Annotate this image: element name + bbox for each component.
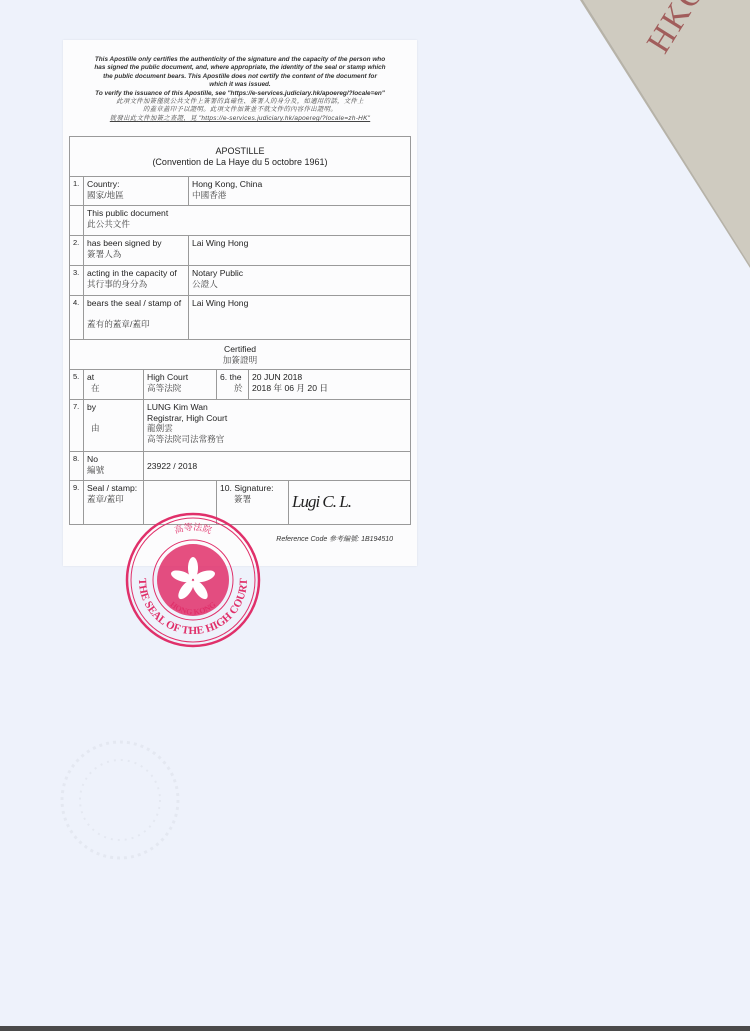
label-en: This public document	[87, 208, 407, 219]
row-certified: Certified加簽證明	[70, 340, 411, 370]
label-zh: 編號	[87, 465, 140, 476]
row-capacity: 3. acting in the capacity of其行事的身分為 Nota…	[70, 266, 411, 296]
high-court-seal: THE SEAL OF THE HIGH COURT 高等法院 HONG KON…	[123, 510, 263, 650]
label-en: acting in the capacity of	[87, 268, 185, 279]
signature: Lugi C. L.	[292, 497, 407, 508]
label-zh: 由	[87, 423, 140, 434]
label-en: bears the seal / stamp of	[87, 298, 185, 309]
label-zh: 此公共文件	[87, 219, 407, 230]
row-signed-by: 2. has been signed by簽署人為 Lai Wing Hong	[70, 236, 411, 266]
field-number: 10.	[220, 483, 232, 493]
certified-label-zh: 加簽證明	[73, 355, 407, 366]
value-en: Notary Public	[192, 268, 407, 279]
label-en: at	[87, 372, 140, 383]
value-en: Hong Kong, China	[192, 179, 407, 190]
field-number: 4.	[70, 296, 84, 340]
field-number: 3.	[70, 266, 84, 296]
label-zh: 蓋章/蓋印	[87, 494, 140, 505]
field-number: 8.	[70, 452, 84, 481]
value-zh: 高等法院	[147, 383, 213, 394]
value: Lai Wing Hong	[192, 238, 407, 249]
embossed-seal	[55, 735, 185, 865]
verify-link-zh: 就發出此文件加簽之查證，見 "https://e-services.judici…	[63, 115, 417, 123]
value-line: LUNG Kim Wan	[147, 402, 407, 413]
label-en: has been signed by	[87, 238, 185, 249]
label-zh: 簽署人為	[87, 249, 185, 260]
field-number: 1.	[70, 177, 84, 206]
value-line: Registrar, High Court	[147, 413, 407, 424]
disclaimer-line-zh: 的蓋章蓋印予以證明。此項文件加簽並不就文件的內容作出證明。	[63, 106, 417, 114]
field-number: 5.	[70, 370, 84, 400]
label-en: Country:	[87, 179, 185, 190]
row-at-date: 5. at在 High Court高等法院 6. the於 20 JUN 201…	[70, 370, 411, 400]
corner-label: HKG	[640, 0, 714, 60]
disclaimer-line: the public document bears. This Apostill…	[63, 73, 417, 81]
disclaimer-line: which it was issued.	[63, 81, 417, 89]
label-zh: 其行事的身分為	[87, 279, 185, 290]
certified-label: Certified	[73, 344, 407, 355]
label-en: No	[87, 454, 140, 465]
disclaimer: This Apostille only certifies the authen…	[63, 56, 417, 123]
row-country: 1. Country:國家/地區 Hong Kong, China中國香港	[70, 177, 411, 206]
label-zh: 簽署	[220, 494, 285, 505]
label-en: Seal / stamp:	[87, 483, 140, 494]
row-number: 8. No編號 23922 / 2018	[70, 452, 411, 481]
value-en: High Court	[147, 372, 213, 383]
scan-edge	[0, 1026, 750, 1031]
value-zh: 2018 年 06 月 20 日	[252, 383, 407, 394]
value: Lai Wing Hong	[192, 298, 407, 309]
svg-text:高等法院: 高等法院	[173, 521, 213, 537]
label-zh: 於	[220, 383, 245, 394]
field-number: 6.	[220, 372, 227, 382]
title: APOSTILLE	[73, 146, 407, 157]
label-en: the	[230, 372, 242, 382]
verify-link-en: To verify the issuance of this Apostille…	[63, 90, 417, 98]
label-zh: 蓋有的蓋章/蓋印	[87, 319, 185, 330]
value-en: 20 JUN 2018	[252, 372, 407, 383]
row-by: 7. by由 LUNG Kim Wan Registrar, High Cour…	[70, 400, 411, 452]
value-zh: 中國香港	[192, 190, 407, 201]
value-zh: 公證人	[192, 279, 407, 290]
label-zh: 在	[87, 383, 140, 394]
row-seal-of: 4. bears the seal / stamp of蓋有的蓋章/蓋印 Lai…	[70, 296, 411, 340]
value-line: 龍劍雲	[147, 423, 407, 434]
row-public-document: This public document此公共文件	[70, 206, 411, 236]
field-number: 9.	[70, 481, 84, 525]
value: 23922 / 2018	[147, 461, 407, 472]
field-number: 7.	[70, 400, 84, 452]
field-number: 2.	[70, 236, 84, 266]
label-zh: 國家/地區	[87, 190, 185, 201]
title-row: APOSTILLE (Convention de La Haye du 5 oc…	[70, 137, 411, 177]
apostille-table: APOSTILLE (Convention de La Haye du 5 oc…	[69, 136, 411, 525]
subtitle: (Convention de La Haye du 5 octobre 1961…	[73, 157, 407, 168]
seal-top-text: 高等法院	[173, 521, 213, 537]
label-en: Signature:	[234, 483, 273, 493]
apostille-certificate: This Apostille only certifies the authen…	[63, 40, 417, 566]
label-en: by	[87, 402, 140, 413]
disclaimer-line: This Apostille only certifies the authen…	[63, 56, 417, 64]
reference-code: Reference Code 參考編號: 1B194510	[276, 534, 393, 544]
disclaimer-line: has signed the public document, and, whe…	[63, 64, 417, 72]
value-line: 高等法院司法常務官	[147, 434, 407, 445]
